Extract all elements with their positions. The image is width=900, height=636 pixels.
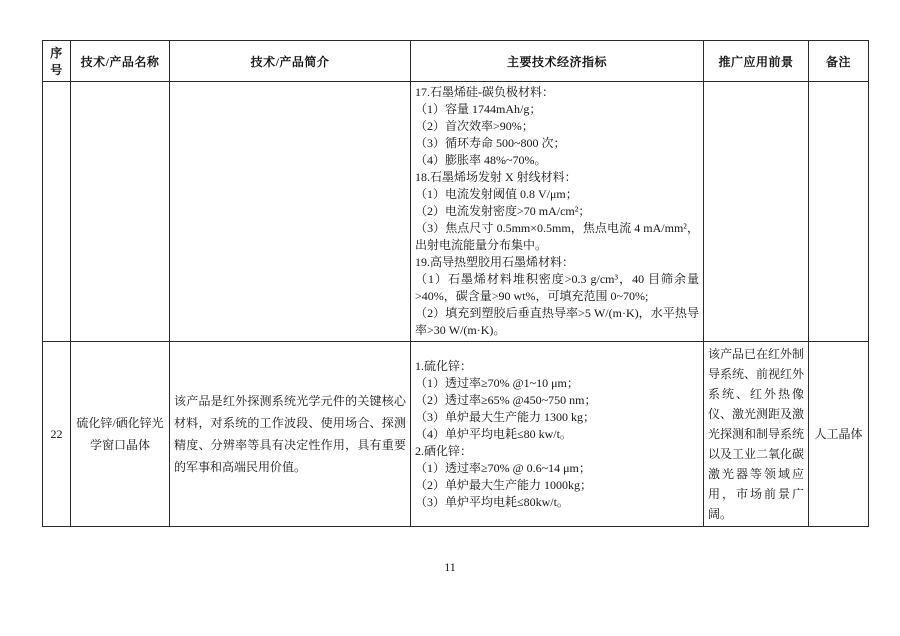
indicator-line: 18.石墨烯场发射 X 射线材料： bbox=[415, 169, 699, 186]
cell-product-intro bbox=[170, 82, 411, 342]
cell-product-name: 硫化锌/硒化锌光学窗口晶体 bbox=[71, 342, 170, 527]
indicator-line: （2）电流发射密度>70 mA/cm²； bbox=[415, 203, 699, 220]
table-header-row: 序号 技术/产品名称 技术/产品简介 主要技术经济指标 推广应用前景 备注 bbox=[43, 41, 869, 82]
indicator-line: （3）循环寿命 500~800 次； bbox=[415, 135, 699, 152]
indicator-line: 19.高导热塑胶用石墨烯材料： bbox=[415, 254, 699, 271]
indicator-line: 2.硒化锌： bbox=[415, 443, 699, 460]
indicator-line: （4）膨胀率 48%~70%。 bbox=[415, 152, 699, 169]
header-product-name: 技术/产品名称 bbox=[71, 41, 170, 82]
cell-product-name bbox=[71, 82, 170, 342]
header-prospect: 推广应用前景 bbox=[704, 41, 809, 82]
table-row-22: 22 硫化锌/硒化锌光学窗口晶体 该产品是红外探测系统光学元件的关键核心材料，对… bbox=[43, 342, 869, 527]
cell-note: 人工晶体 bbox=[809, 342, 869, 527]
cell-indicators: 1.硫化锌：（1）透过率≥70% @1~10 μm；（2）透过率≥65% @45… bbox=[411, 342, 704, 527]
indicator-line: 1.硫化锌： bbox=[415, 358, 699, 375]
indicator-line: （1）石墨烯材料堆积密度>0.3 g/cm³，40 目筛余量>40%，碳含量>9… bbox=[415, 271, 699, 305]
indicator-line: （1）透过率≥70% @1~10 μm； bbox=[415, 375, 699, 392]
indicator-line: （2）透过率≥65% @450~750 nm； bbox=[415, 392, 699, 409]
cell-prospect bbox=[704, 82, 809, 342]
indicator-line: （3）单炉最大生产能力 1300 kg； bbox=[415, 409, 699, 426]
header-seq: 序号 bbox=[43, 41, 71, 82]
indicator-line: 17.石墨烯硅-碳负极材料： bbox=[415, 84, 699, 101]
indicator-line: （3）焦点尺寸 0.5mm×0.5mm，焦点电流 4 mA/mm²，出射电流能量… bbox=[415, 220, 699, 254]
table-row-continuation: 17.石墨烯硅-碳负极材料：（1）容量 1744mAh/g；（2）首次效率>90… bbox=[43, 82, 869, 342]
indicator-line: （2）首次效率>90%； bbox=[415, 118, 699, 135]
cell-prospect: 该产品已在红外制导系统、前视红外系统、红外热像仪、激光测距及激光探测和制导系统以… bbox=[704, 342, 809, 527]
header-product-intro: 技术/产品简介 bbox=[170, 41, 411, 82]
header-indicators: 主要技术经济指标 bbox=[411, 41, 704, 82]
indicator-line: （1）容量 1744mAh/g； bbox=[415, 101, 699, 118]
indicator-line: （2）填充到塑胶后垂直热导率>5 W/(m·K)，水平热导率>30 W/(m·K… bbox=[415, 305, 699, 339]
cell-seq: 22 bbox=[43, 342, 71, 527]
indicator-line: （1）电流发射阈值 0.8 V/μm； bbox=[415, 186, 699, 203]
indicator-line: （4）单炉平均电耗≤80 kw/t。 bbox=[415, 426, 699, 443]
indicator-line: （2）单炉最大生产能力 1000kg； bbox=[415, 477, 699, 494]
product-spec-table: 序号 技术/产品名称 技术/产品简介 主要技术经济指标 推广应用前景 备注 17… bbox=[42, 40, 869, 527]
header-note: 备注 bbox=[809, 41, 869, 82]
cell-seq bbox=[43, 82, 71, 342]
cell-note bbox=[809, 82, 869, 342]
cell-indicators: 17.石墨烯硅-碳负极材料：（1）容量 1744mAh/g；（2）首次效率>90… bbox=[411, 82, 704, 342]
indicator-line: （1）透过率≥70% @ 0.6~14 μm； bbox=[415, 460, 699, 477]
indicator-line: （3）单炉平均电耗≤80kw/t。 bbox=[415, 494, 699, 511]
cell-product-intro: 该产品是红外探测系统光学元件的关键核心材料，对系统的工作波段、使用场合、探测精度… bbox=[170, 342, 411, 527]
page-number: 11 bbox=[0, 560, 900, 575]
